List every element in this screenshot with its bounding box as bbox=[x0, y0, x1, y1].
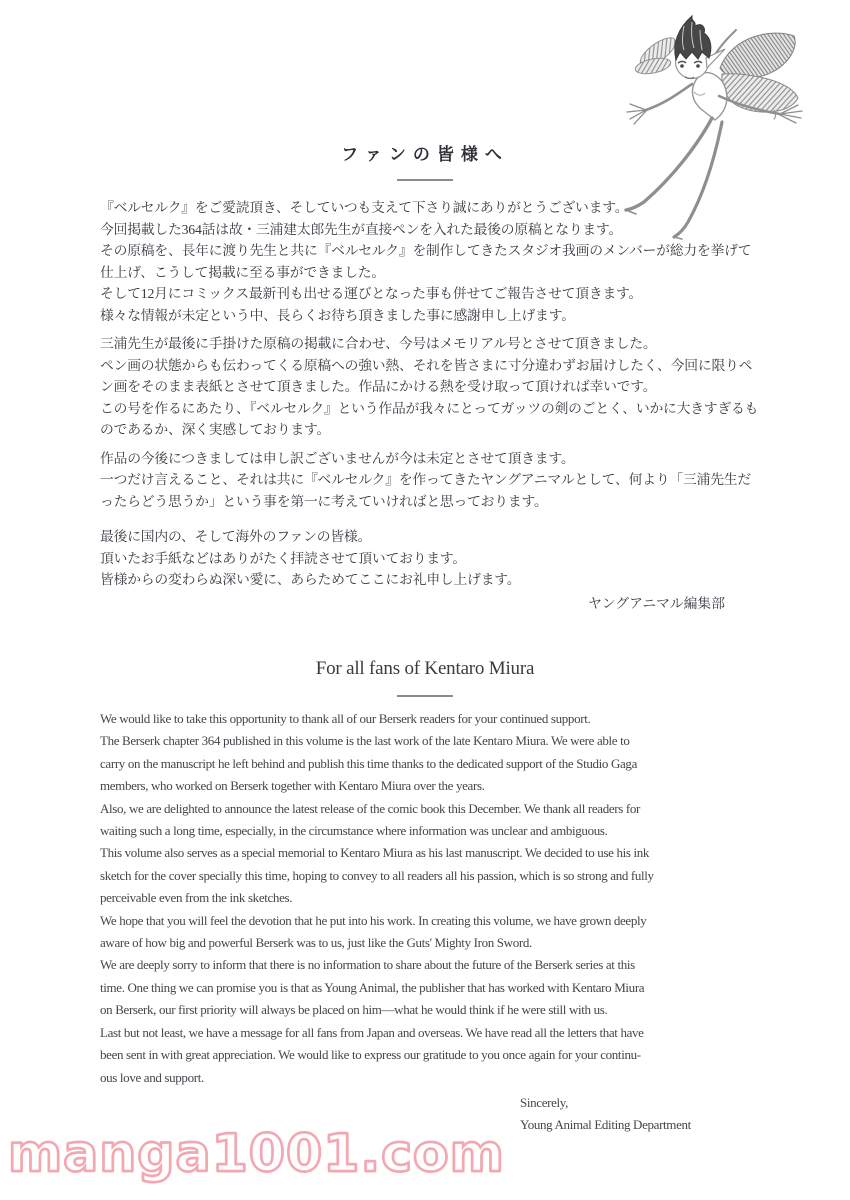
jp-body: 『ベルセルク』をご愛読頂き、そしていつも支えて下さり誠にありがとうございます。 … bbox=[100, 197, 750, 591]
jp-text-line: ったらどう思うか」という事を第一に考えていければと思っております。 bbox=[100, 491, 750, 513]
jp-text-line: 作品の今後につきましては申し訳ございませんが今は未定とさせて頂きます。 bbox=[100, 448, 750, 470]
jp-text-line: この号を作るにあたり、『ベルセルク』という作品が我々にとってガッツの剣のごとく、… bbox=[100, 398, 750, 420]
jp-text-line: 最後に国内の、そして海外のファンの皆様。 bbox=[100, 526, 750, 548]
en-paragraph: We would like to take this opportunity t… bbox=[100, 708, 750, 730]
jp-title: ファンの皆様へ bbox=[100, 143, 750, 167]
en-body: We would like to take this opportunity t… bbox=[100, 708, 750, 1089]
en-text-line: sketch for the cover specially this time… bbox=[100, 865, 750, 887]
en-text-line: been sent in with great appreciation. We… bbox=[100, 1044, 750, 1066]
jp-text-line: 様々な情報が未定という中、長らくお待ち頂きました事に感謝申し上げます。 bbox=[100, 305, 750, 327]
jp-text-line: その原稿を、長年に渡り先生と共に『ベルセルク』を制作してきたスタジオ我画のメンバ… bbox=[100, 240, 750, 262]
jp-text-line: 三浦先生が最後に手掛けた原稿の掲載に合わせ、今号はメモリアル号とさせて頂きました… bbox=[100, 333, 750, 355]
en-text-line: aware of how big and powerful Berserk wa… bbox=[100, 932, 750, 954]
jp-paragraph: 作品の今後につきましては申し訳ございませんが今は未定とさせて頂きます。 一つだけ… bbox=[100, 448, 750, 513]
en-signature-closing: Sincerely, bbox=[520, 1092, 750, 1115]
jp-title-divider bbox=[397, 179, 453, 181]
en-text-line: We hope that you will feel the devotion … bbox=[100, 910, 750, 932]
en-title: For all fans of Kentaro Miura bbox=[100, 656, 750, 682]
en-text-line: Last but not least, we have a message fo… bbox=[100, 1022, 750, 1044]
en-text-line: waiting such a long time, especially, in… bbox=[100, 820, 750, 842]
en-text-line: time. One thing we can promise you is th… bbox=[100, 977, 750, 999]
en-text-line: The Berserk chapter 364 published in thi… bbox=[100, 730, 750, 752]
jp-paragraph: 三浦先生が最後に手掛けた原稿の掲載に合わせ、今号はメモリアル号とさせて頂きました… bbox=[100, 333, 750, 441]
en-text-line: Also, we are delighted to announce the l… bbox=[100, 798, 750, 820]
en-text-line: carry on the manuscript he left behind a… bbox=[100, 753, 750, 775]
jp-text-line: ン画をそのまま表紙とさせて頂きました。作品にかける熱を受け取って頂ければ幸いです… bbox=[100, 376, 750, 398]
jp-text-line: 仕上げ、こうして掲載に至る事ができました。 bbox=[100, 262, 750, 284]
en-text-line: We are deeply sorry to inform that there… bbox=[100, 954, 750, 976]
en-paragraph: Last but not least, we have a message fo… bbox=[100, 1022, 750, 1089]
en-text-line: ous love and support. bbox=[100, 1067, 750, 1089]
en-text-line: This volume also serves as a special mem… bbox=[100, 842, 750, 864]
jp-text-line: 一つだけ言えること、それは共に『ベルセルク』を作ってきたヤングアニマルとして、何… bbox=[100, 469, 750, 491]
jp-paragraph: 『ベルセルク』をご愛読頂き、そしていつも支えて下さり誠にありがとうございます。 … bbox=[100, 197, 750, 326]
en-paragraph: This volume also serves as a special mem… bbox=[100, 842, 750, 909]
en-paragraph: Also, we are delighted to announce the l… bbox=[100, 798, 750, 843]
en-paragraph: We hope that you will feel the devotion … bbox=[100, 910, 750, 955]
jp-paragraph: 最後に国内の、そして海外のファンの皆様。 頂いたお手紙などはありがたく拝読させて… bbox=[100, 526, 750, 591]
en-text-line: members, who worked on Berserk together … bbox=[100, 775, 750, 797]
jp-text-line: 頂いたお手紙などはありがたく拝読させて頂いております。 bbox=[100, 548, 750, 570]
jp-text-line: そして12月にコミックス最新刊も出せる運びとなった事も併せてご報告させて頂きます… bbox=[100, 283, 750, 305]
en-paragraph: The Berserk chapter 364 published in thi… bbox=[100, 730, 750, 797]
watermark-manga1001: manga1001.com bbox=[8, 1124, 505, 1184]
en-title-divider bbox=[397, 695, 453, 697]
jp-signature: ヤングアニマル編集部 bbox=[100, 593, 750, 615]
jp-text-line: のであるか、深く実感しております。 bbox=[100, 419, 750, 441]
en-text-line: We would like to take this opportunity t… bbox=[100, 708, 750, 730]
en-text-line: on Berserk, our first priority will alwa… bbox=[100, 999, 750, 1021]
jp-text-line: 今回掲載した364話は故・三浦建太郎先生が直接ペンを入れた最後の原稿となります。 bbox=[100, 219, 750, 241]
jp-text-line: ペン画の状態からも伝わってくる原稿への強い熱、それを皆さまに寸分違わずお届けした… bbox=[100, 355, 750, 377]
jp-text-line: 『ベルセルク』をご愛読頂き、そしていつも支えて下さり誠にありがとうございます。 bbox=[100, 197, 750, 219]
en-paragraph: We are deeply sorry to inform that there… bbox=[100, 954, 750, 1021]
en-text-line: perceivable even from the ink sketches. bbox=[100, 887, 750, 909]
en-signature: Sincerely, Young Animal Editing Departme… bbox=[520, 1092, 750, 1137]
memorial-page: ファンの皆様へ 『ベルセルク』をご愛読頂き、そしていつも支えて下さり誠にありがと… bbox=[0, 0, 850, 1200]
jp-text-line: 皆様からの変わらぬ深い愛に、あらためてここにお礼申し上げます。 bbox=[100, 569, 750, 591]
letter-content: ファンの皆様へ 『ベルセルク』をご愛読頂き、そしていつも支えて下さり誠にありがと… bbox=[100, 0, 750, 1137]
en-signature-name: Young Animal Editing Department bbox=[520, 1114, 750, 1137]
